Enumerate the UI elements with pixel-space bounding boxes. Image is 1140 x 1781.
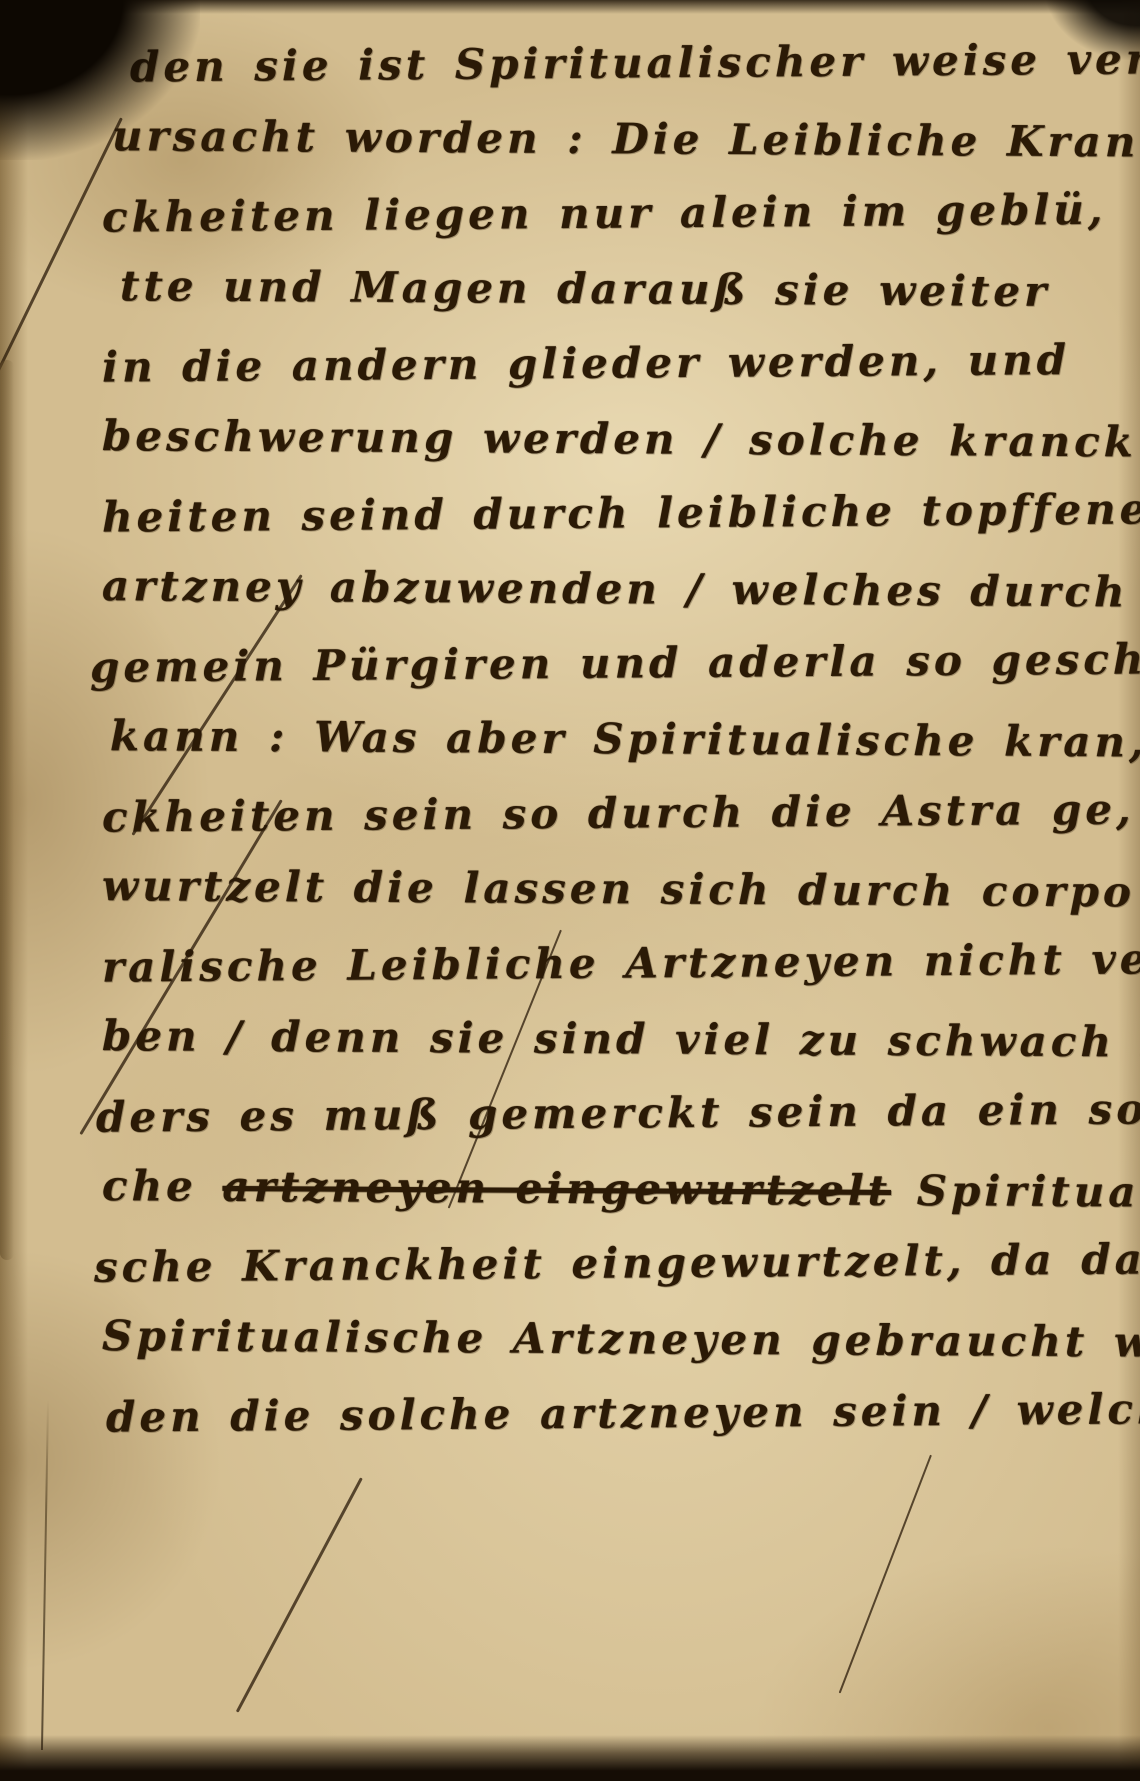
manuscript-line: sche Kranckheit eingewurtzelt, da dann [0, 1222, 1140, 1306]
manuscript-line: Spiritualische Artzneyen gebraucht wer [0, 1298, 1140, 1380]
binding-gutter-edge [0, 360, 14, 1260]
pen-flourish-stroke [839, 1455, 932, 1694]
dark-page-corner-top-right [1045, 0, 1140, 60]
manuscript-line: wurtzelt die lassen sich durch corpo [0, 848, 1140, 930]
manuscript-line: gemein Pürgiren und aderla so geschehen [0, 622, 1140, 706]
manuscript-line: ders es muß gemerckt sein da ein sol [0, 1072, 1140, 1156]
manuscript-page-photo: den sie ist Spiritualischer weise ver ur… [0, 0, 1140, 1781]
manuscript-line: ralische Leibliche Artzneyen nicht vertr… [0, 922, 1140, 1006]
manuscript-line: ben / denn sie sind viel zu schwach son [0, 998, 1140, 1080]
manuscript-line: ckheiten liegen nur alein im geblü, [0, 172, 1140, 256]
manuscript-line: den die solche artzneyen sein / welche o… [0, 1372, 1140, 1456]
strikethrough-text: artzneyen eingewurtzelt [222, 1162, 891, 1215]
manuscript-line-with-strikethrough: che artzneyen eingewurtzelt Spirituali [0, 1148, 1140, 1230]
manuscript-line: artzney abzuwenden / welches durch [0, 548, 1140, 630]
dark-binding-corner-top-left [0, 0, 200, 160]
manuscript-line: in die andern glieder werden, und [0, 322, 1140, 406]
manuscript-text-block: den sie ist Spiritualischer weise ver ur… [0, 26, 1140, 1451]
manuscript-line: tte und Magen darauß sie weiter [0, 248, 1140, 330]
pen-flourish-stroke [236, 1477, 363, 1712]
manuscript-line: beschwerung werden / solche kranck [0, 398, 1140, 480]
manuscript-line-segment: Spirituali [891, 1166, 1140, 1217]
manuscript-line: kann : Was aber Spiritualische kran, [0, 698, 1140, 780]
page-bottom-edge-shadow [0, 1735, 1140, 1781]
manuscript-line-segment: che [102, 1161, 223, 1211]
manuscript-line: ckheiten sein so durch die Astra ge, [0, 772, 1140, 856]
manuscript-line: heiten seind durch leibliche topffener [0, 472, 1140, 556]
